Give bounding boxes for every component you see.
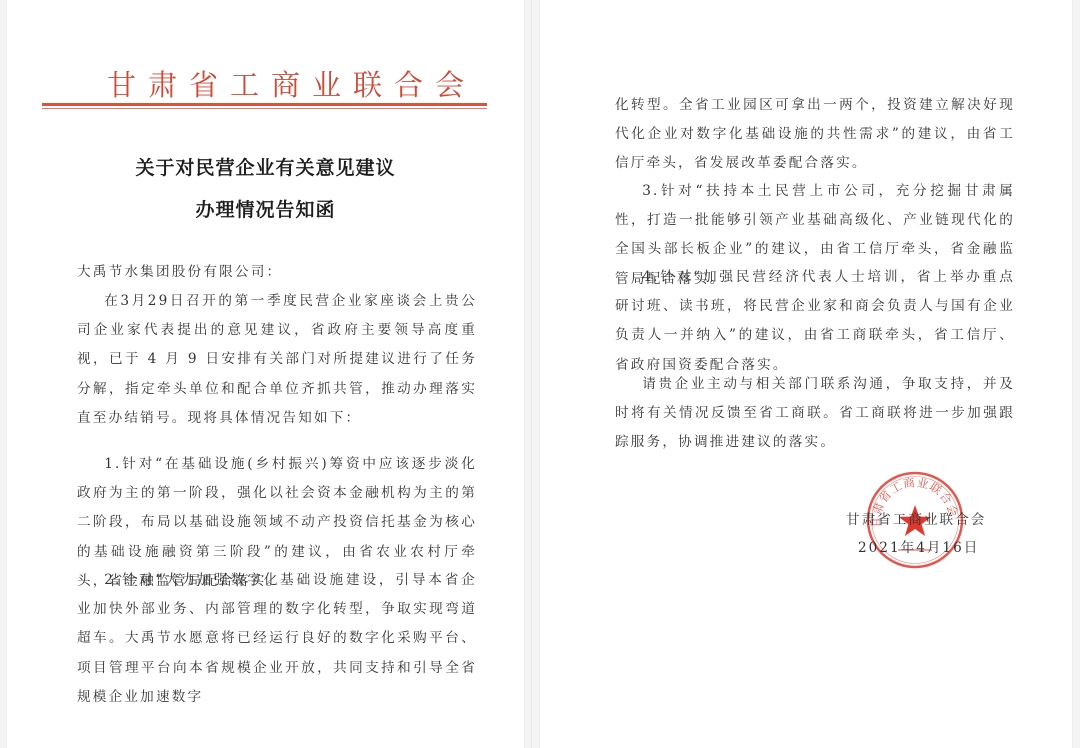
- letterhead-rule-thin: [42, 108, 487, 109]
- signature-date: 2021年4月16日: [858, 536, 979, 556]
- letterhead-organization: 甘肃省工商业联合会: [107, 63, 437, 104]
- document-page-2: 化转型。全省工业园区可拿出一两个，投资建立解决好现代化企业对数字化基础设施的共性…: [540, 0, 1072, 748]
- item-2-paragraph-part2: 化转型。全省工业园区可拿出一两个，投资建立解决好现代化企业对数字化基础设施的共性…: [615, 91, 1015, 179]
- closing-paragraph: 请贵企业主动与相关部门联系沟通，争取支持，并及时将有关情况反馈至省工商联。省工商…: [615, 370, 1015, 458]
- item-2-paragraph-part1: 2.针对“大力加强数字化基础设施建设，引导本省企业加快外部业务、内部管理的数字化…: [77, 566, 477, 712]
- document-page-1: 甘肃省工商业联合会 关于对民营企业有关意见建议 办理情况告知函 大禹节水集团股份…: [7, 0, 524, 748]
- intro-paragraph: 在3月29日召开的第一季度民营企业家座谈会上贵公司企业家代表提出的意见建议，省政…: [77, 287, 477, 433]
- addressee: 大禹节水集团股份有限公司：: [77, 258, 477, 287]
- signature-organization: 甘肃省工商业联合会: [846, 508, 986, 528]
- document-title-line2: 办理情况告知函: [7, 195, 524, 222]
- item-4-paragraph: 4.针对“加强民营经济代表人士培训，省上举办重点研讨班、读书班，将民营企业家和商…: [615, 263, 1015, 380]
- letterhead-rule-thick: [42, 103, 487, 106]
- document-title-line1: 关于对民营企业有关意见建议: [7, 153, 524, 180]
- page-divider: [531, 0, 532, 748]
